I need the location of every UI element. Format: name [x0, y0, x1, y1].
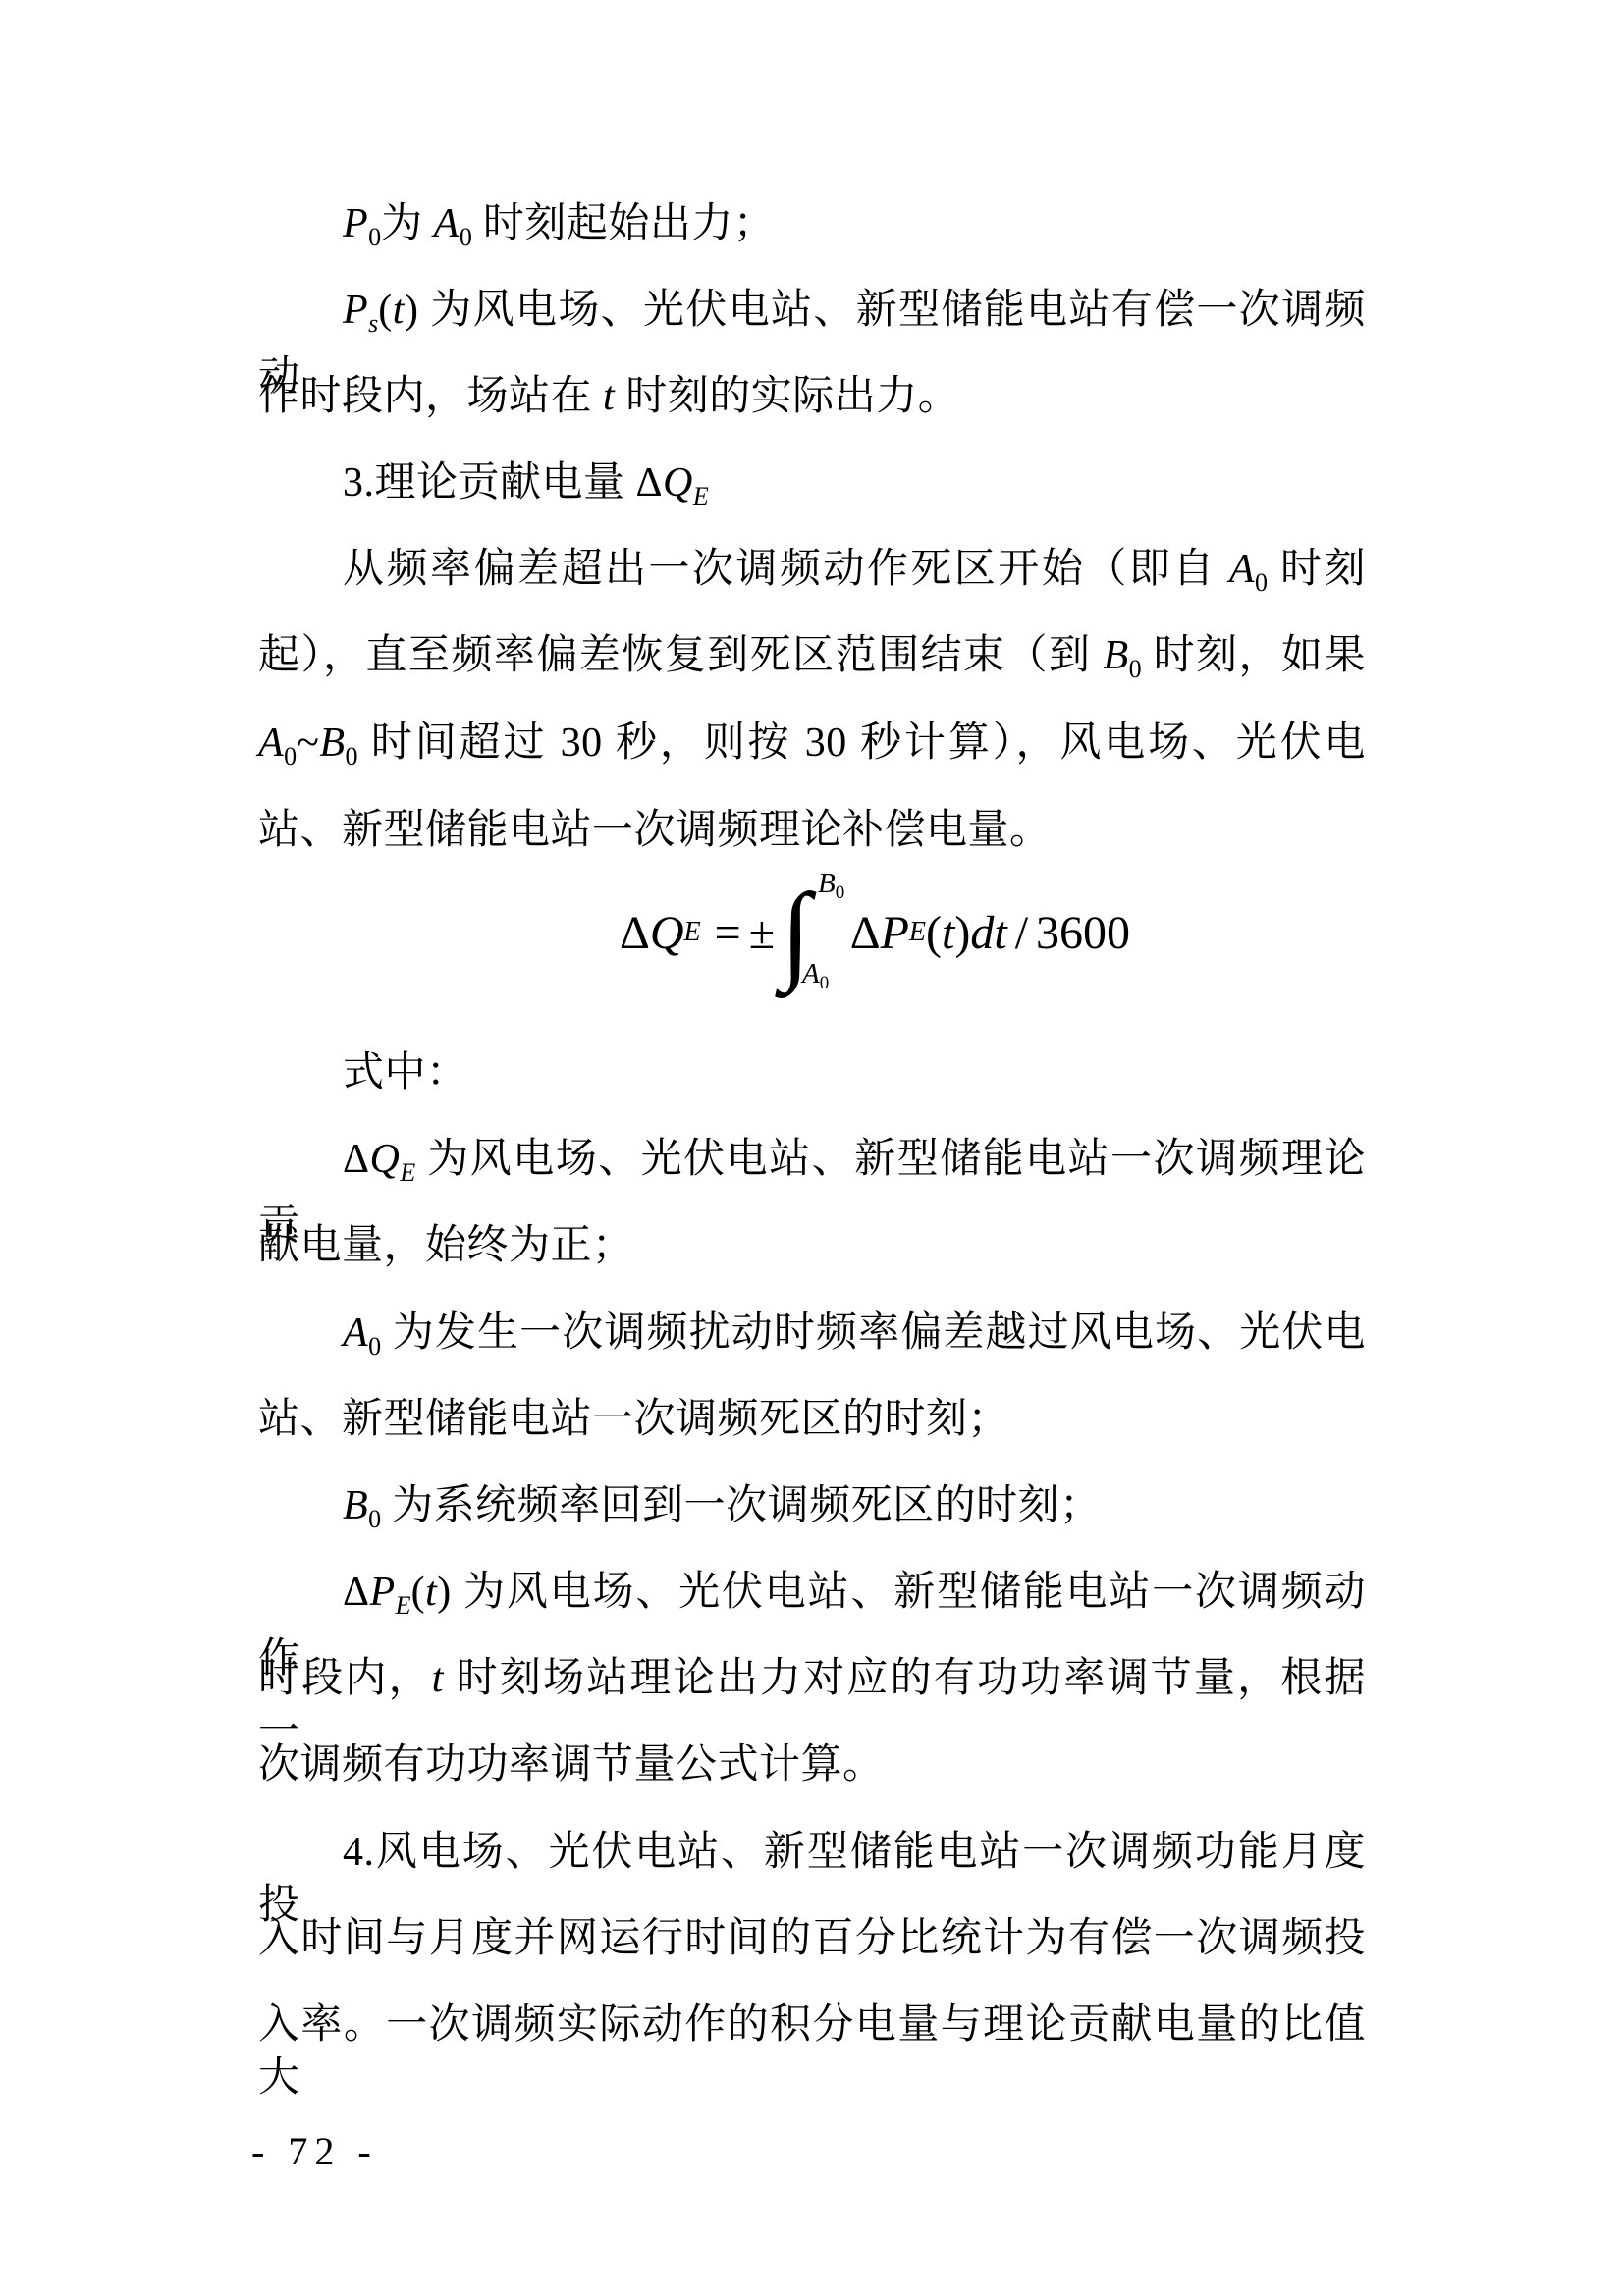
- formula-delta2: Δ: [850, 906, 881, 960]
- text-run: 次调频有功功率调节量公式计算。: [258, 1742, 885, 1788]
- document-page: P0为 A0 时刻起始出力；Ps(t) 为风电场、光伏电站、新型储能电站有偿一次…: [0, 0, 1624, 2296]
- math-run: A: [434, 201, 460, 246]
- text-run: 秒计算），风电场、光伏电: [847, 721, 1366, 766]
- math-run: E: [400, 1158, 415, 1187]
- math-run: 4.: [343, 1830, 375, 1875]
- page-number: - 72 -: [251, 2128, 378, 2174]
- math-run: Δ: [343, 1570, 370, 1615]
- math-run: B: [1103, 633, 1128, 678]
- math-run: t: [603, 374, 615, 419]
- math-run: (: [411, 1570, 426, 1615]
- formula-integral-group: ∫ B0 A0: [777, 864, 850, 1001]
- lower-limit-sub: 0: [820, 973, 830, 993]
- text-run: 时刻起始出力；: [472, 201, 776, 246]
- math-run: E: [396, 1591, 411, 1620]
- math-run: A: [258, 721, 284, 766]
- text-line: A0~B0 时间超过 30 秒，则按 30 秒计算），风电场、光伏电: [258, 717, 1366, 783]
- formula-q-var: Q: [650, 906, 684, 960]
- text-run: 站、新型储能电站一次调频死区的时刻；: [258, 1397, 1009, 1442]
- text-run: 作时段内，场站在: [258, 374, 603, 419]
- math-run: P: [343, 288, 368, 333]
- math-run: ): [405, 288, 419, 333]
- formula-q-subscript: E: [684, 917, 701, 948]
- math-run: ): [437, 1570, 452, 1615]
- upper-limit-sub: 0: [836, 882, 845, 903]
- text-run: 献电量，始终为正；: [258, 1223, 634, 1268]
- text-run: 时段内，: [258, 1656, 432, 1701]
- text-run: 式中：: [343, 1050, 468, 1095]
- text-run: 时间超过: [358, 721, 561, 766]
- math-run: s: [368, 309, 378, 338]
- math-run: (: [378, 288, 393, 333]
- text-line: 作时段内，场站在 t 时刻的实际出力。: [258, 370, 1366, 423]
- text-line: B0 为系统频率回到一次调频死区的时刻；: [258, 1479, 1366, 1546]
- math-run: A: [343, 1310, 368, 1356]
- math-run: B: [319, 721, 345, 766]
- math-run: Q: [370, 1137, 401, 1182]
- formula-p-var: P: [881, 906, 909, 960]
- formula-dt: dt: [970, 906, 1006, 960]
- math-run: t: [393, 288, 405, 333]
- math-run: Δ: [636, 460, 664, 506]
- text-line: A0 为发生一次调频扰动时频率偏差越过风电场、光伏电: [258, 1307, 1366, 1373]
- math-run: P: [343, 201, 368, 246]
- integral-lower-limit: A0: [802, 960, 829, 997]
- math-run: 0: [460, 223, 472, 251]
- text-line: P0为 A0 时刻起始出力；: [258, 197, 1366, 264]
- math-run: 0: [368, 223, 381, 251]
- math-run: t: [432, 1656, 444, 1701]
- text-line: 3.理论贡献电量 ΔQE: [258, 456, 1366, 523]
- math-run: 0: [368, 1505, 381, 1533]
- math-run: A: [1229, 547, 1255, 592]
- math-run: t: [425, 1570, 437, 1615]
- math-run: 3.: [343, 460, 375, 506]
- text-run: 时刻，如果: [1142, 633, 1366, 678]
- text-line: 入时间与月度并网运行时间的百分比统计为有偿一次调频投: [258, 1912, 1366, 1965]
- text-line: 从频率偏差超出一次调频动作死区开始（即自 A0 时刻: [258, 543, 1366, 610]
- text-line: 起），直至频率偏差恢复到死区范围结束（到 B0 时刻，如果: [258, 629, 1366, 696]
- math-run: 0: [1255, 568, 1268, 597]
- math-run: 0: [1129, 655, 1142, 683]
- text-run: 时刻的实际出力。: [615, 374, 959, 419]
- formula-lparen: (: [926, 906, 942, 960]
- formula-rparen: ): [954, 906, 970, 960]
- text-run: 入率。一次调频实际动作的积分电量与理论贡献电量的比值大: [258, 2002, 1366, 2101]
- formula-denominator: 3600: [1036, 906, 1130, 960]
- text-run: 从频率偏差超出一次调频动作死区开始（即自: [343, 547, 1229, 592]
- formula-plus-minus: ±: [749, 906, 775, 960]
- text-run: 为: [381, 201, 434, 246]
- math-run: 0: [346, 742, 358, 771]
- math-run: Q: [663, 460, 693, 506]
- text-run: 入时间与月度并网运行时间的百分比统计为有偿一次调频投: [258, 1916, 1366, 1961]
- text-line: 入率。一次调频实际动作的积分电量与理论贡献电量的比值大: [258, 1999, 1366, 2105]
- text-run: 站、新型储能电站一次调频理论补偿电量。: [258, 808, 1052, 853]
- lower-limit-var: A: [802, 958, 820, 989]
- math-run: B: [343, 1483, 368, 1528]
- text-line: 次调频有功功率调节量公式计算。: [258, 1738, 1366, 1791]
- math-run: 0: [368, 1332, 381, 1361]
- upper-limit-var: B: [818, 868, 836, 899]
- text-line: 站、新型储能电站一次调频理论补偿电量。: [258, 804, 1366, 857]
- formula-theoretical-contribution: ΔQE = ± ∫ B0 A0 ΔPE(t)dt / 3600: [531, 864, 1218, 1001]
- formula-p-subscript: E: [909, 917, 926, 948]
- text-run: 理论贡献电量: [375, 460, 636, 506]
- text-line: 式中：: [258, 1046, 1366, 1099]
- math-run: ~: [297, 721, 319, 766]
- text-run: 为发生一次调频扰动时频率偏差越过风电场、光伏电: [381, 1310, 1366, 1356]
- math-run: P: [370, 1570, 396, 1615]
- math-run: 30: [805, 721, 847, 766]
- math-run: E: [693, 482, 709, 510]
- math-run: 30: [561, 721, 603, 766]
- integral-upper-limit: B0: [818, 870, 844, 907]
- text-line: 献电量，始终为正；: [258, 1219, 1366, 1272]
- formula-slash: /: [1015, 906, 1028, 960]
- formula-delta: Δ: [620, 906, 650, 960]
- math-run: Δ: [343, 1137, 370, 1182]
- math-run: 0: [284, 742, 297, 771]
- text-run: 时刻: [1268, 547, 1366, 592]
- formula-equals: =: [715, 906, 741, 960]
- text-run: 秒，则按: [603, 721, 805, 766]
- text-run: 起），直至频率偏差恢复到死区范围结束（到: [258, 633, 1103, 678]
- text-line: 站、新型储能电站一次调频死区的时刻；: [258, 1393, 1366, 1446]
- text-run: 为系统频率回到一次调频死区的时刻；: [381, 1483, 1102, 1528]
- formula-t-var: t: [942, 906, 954, 960]
